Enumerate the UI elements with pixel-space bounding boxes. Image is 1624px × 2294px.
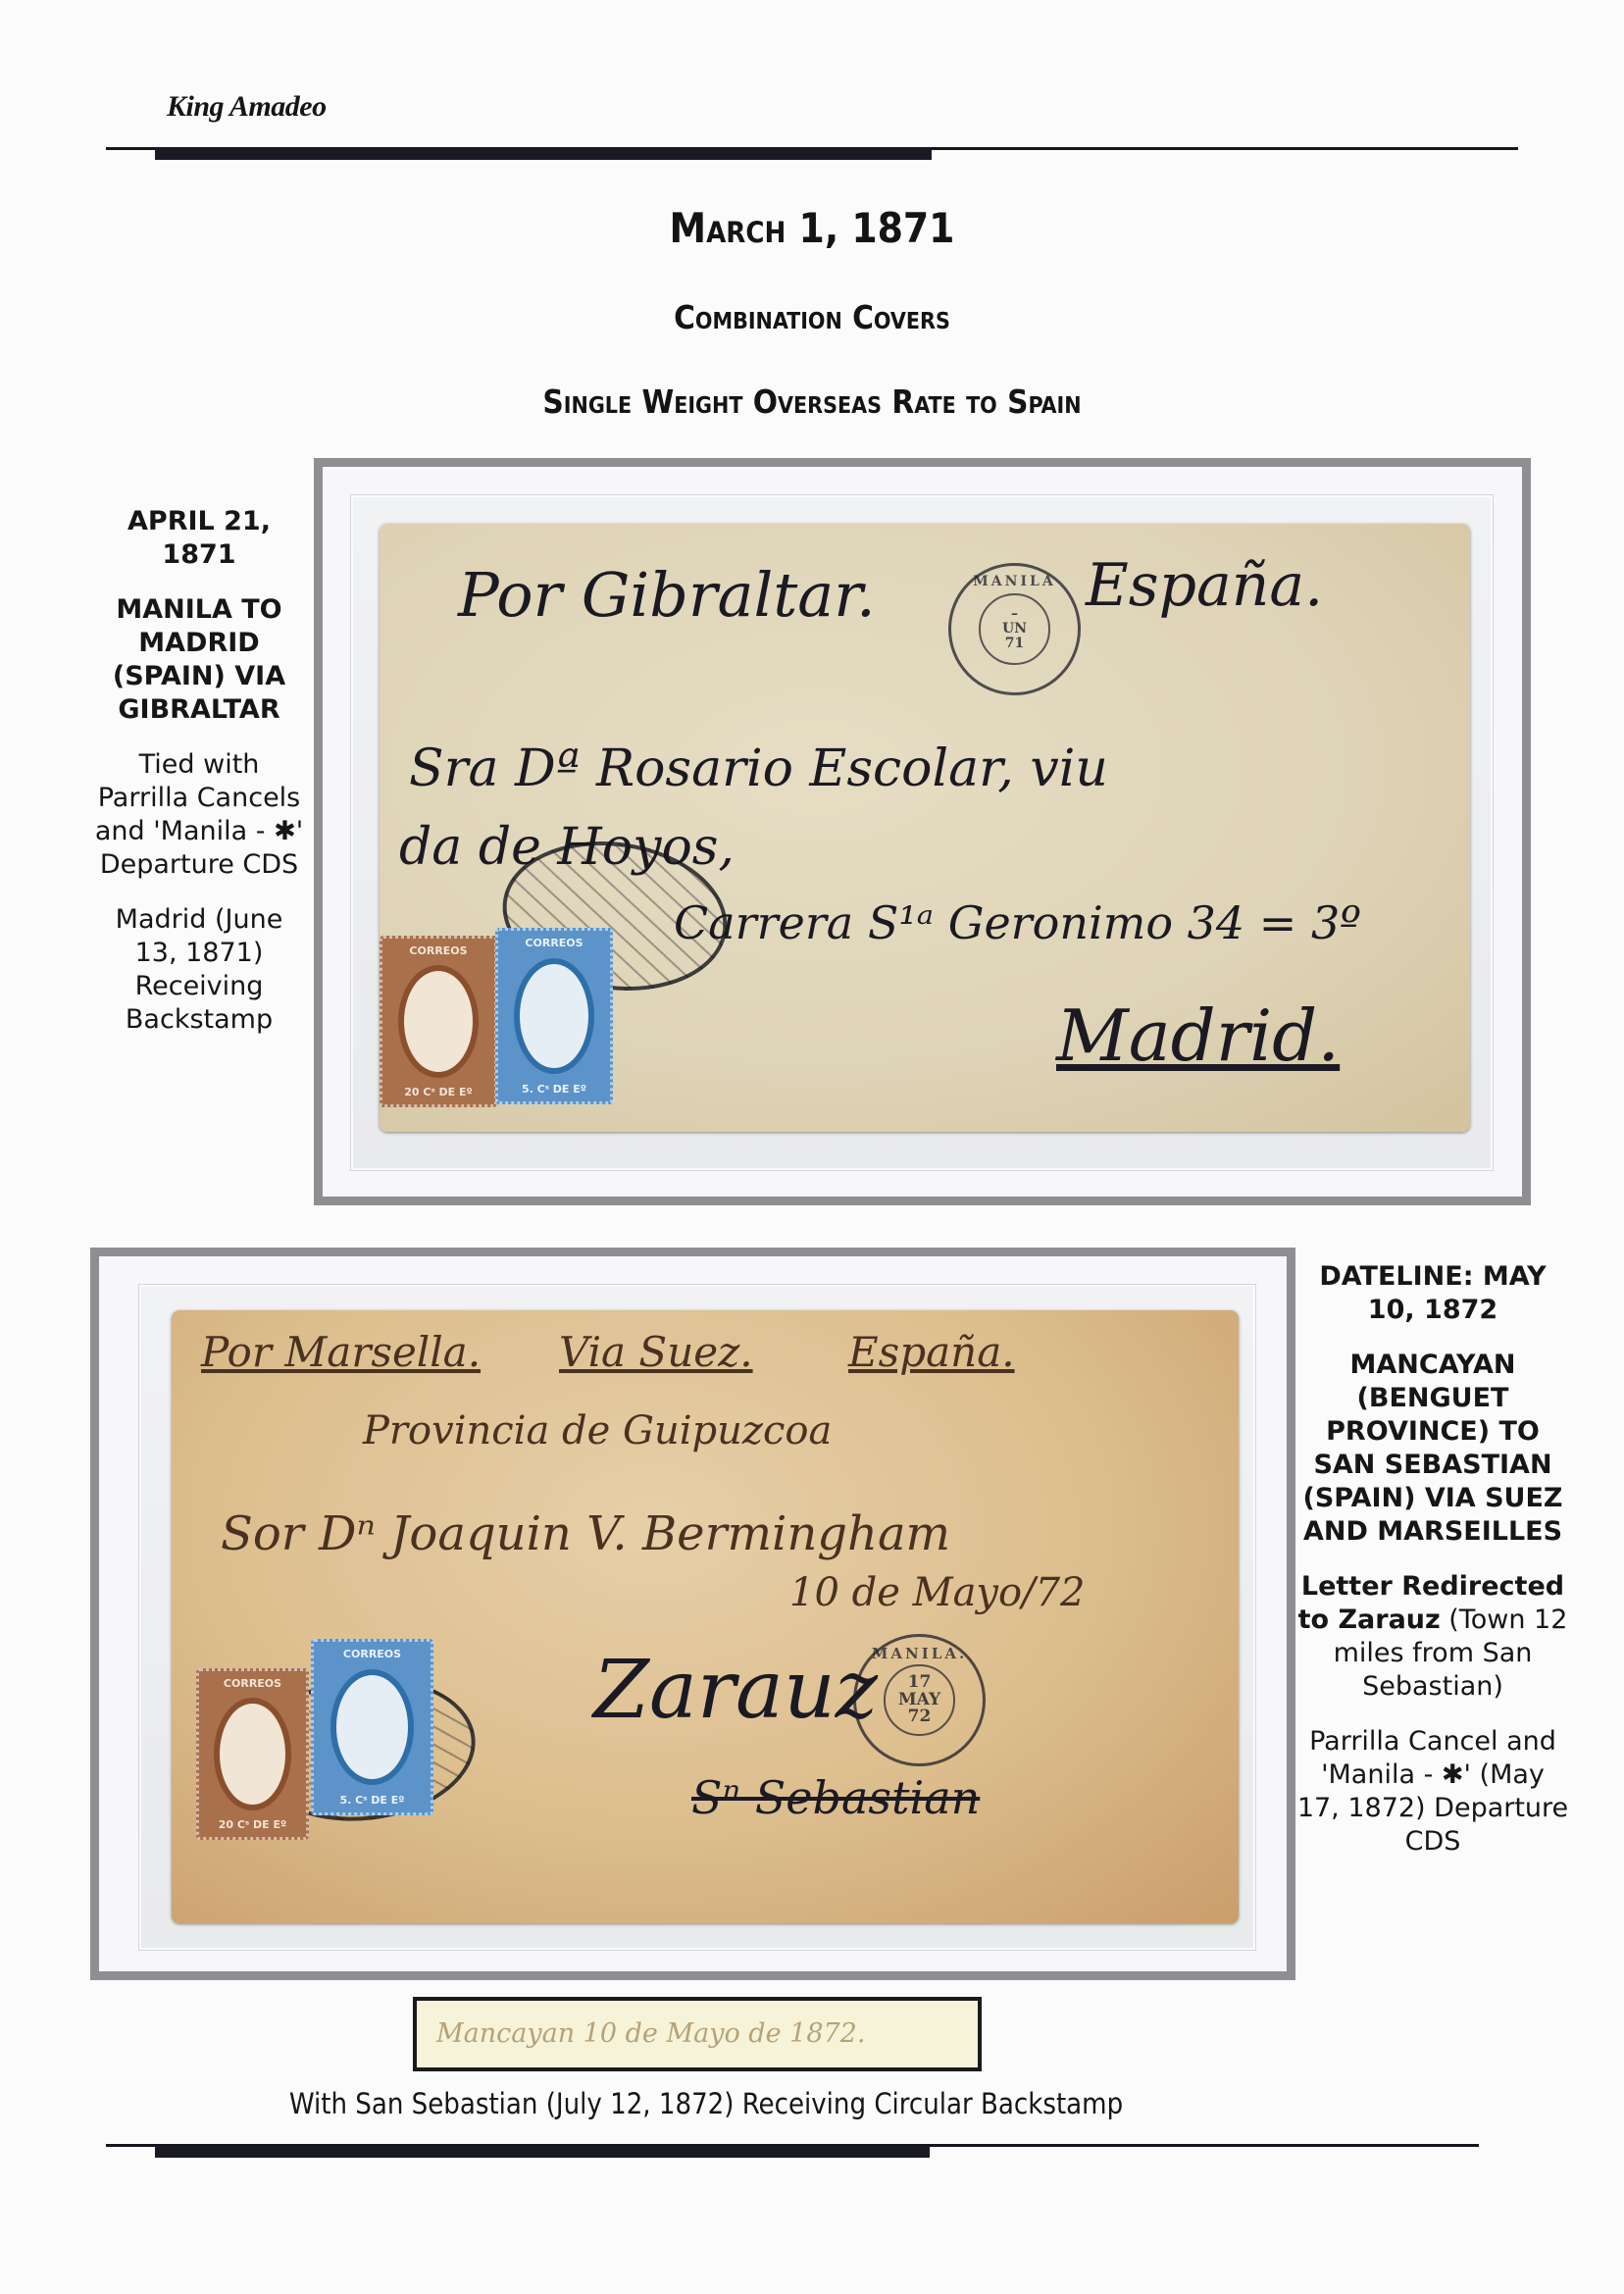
cover-1-date: APRIL 21, 1871 — [90, 505, 308, 572]
cover-1-manila-cds-postmark: MANILA – UN 71 — [948, 563, 1081, 695]
cover-2-redirect-zarauz: Zarauz — [593, 1644, 878, 1737]
cover-1-country-text: España. — [1086, 551, 1323, 620]
cover-2-addressee-text: Sor Dⁿ Joaquin V. Bermingham — [221, 1506, 950, 1561]
cover-2-routing-marseilles: Por Marsella. — [201, 1328, 481, 1376]
section-subtitle: Combination Covers — [0, 298, 1624, 336]
cover-2-date-text: 10 de Mayo/72 — [789, 1570, 1085, 1615]
cover-2-routing-suez: Via Suez. — [559, 1328, 753, 1376]
running-title: King Amadeo — [167, 90, 327, 124]
cover-1-address-line-3: Carrera S¹ᵃ Geronimo 34 = 3º — [674, 896, 1361, 949]
rate-heading: Single Weight Overseas Rate to Spain — [0, 382, 1624, 421]
cover-1-route: MANILA TO MADRID (SPAIN) VIA GIBRALTAR — [90, 593, 308, 727]
cover-2-route: MANCAYAN (BENGUET PROVINCE) TO SAN SEBAS… — [1296, 1349, 1569, 1549]
dateline-handwriting: Mancayan 10 de Mayo de 1872. — [436, 2018, 865, 2049]
cover-1-address-line-1: Sra Dª Rosario Escolar, viu — [409, 739, 1108, 798]
cover-1-envelope: Por Gibraltar. España. Sra Dª Rosario Es… — [380, 524, 1470, 1132]
cover-2-mount: Por Marsella. Via Suez. España. Provinci… — [90, 1248, 1295, 1980]
cover-2-stamp-20c-brown: CORREOS 20 Cˢ DE Eº — [196, 1668, 309, 1840]
cover-2-dateline: DATELINE: MAY 10, 1872 — [1296, 1260, 1569, 1327]
cover-2-province-text: Provincia de Guipuzcoa — [363, 1408, 832, 1453]
header-rule-thick — [155, 148, 932, 160]
cover-1-caption: APRIL 21, 1871 MANILA TO MADRID (SPAIN) … — [90, 505, 308, 1058]
cover-2-struck-destination: Sⁿ Sebastian — [691, 1771, 980, 1824]
cover-2-country-text: España. — [848, 1328, 1015, 1376]
cover-1-note-cancels: Tied with Parrilla Cancels and 'Manila -… — [90, 748, 308, 882]
cover-1-mount: Por Gibraltar. España. Sra Dª Rosario Es… — [314, 458, 1531, 1205]
cover-2-stamp-5c-blue: CORREOS 5. Cˢ DE Eº — [311, 1639, 433, 1815]
dateline-inset-image: Mancayan 10 de Mayo de 1872. — [413, 1997, 982, 2071]
cover-1-routing-text: Por Gibraltar. — [458, 559, 876, 631]
footer-rule-thick — [155, 2146, 930, 2158]
cover-1-stamp-20c-brown: CORREOS 20 Cˢ DE Eº — [380, 936, 497, 1107]
cover-2-manila-cds-postmark: MANILA. 17 MAY 72 — [853, 1634, 986, 1766]
cover-1-note-backstamp: Madrid (June 13, 1871) Receiving Backsta… — [90, 903, 308, 1037]
cover-1-stamp-5c-blue: CORREOS 5. Cˢ DE Eº — [495, 928, 613, 1104]
cover-2-note-cancel: Parrilla Cancel and 'Manila - ✱' (May 17… — [1296, 1725, 1569, 1859]
cover-1-city-text: Madrid. — [1056, 994, 1340, 1077]
page-title: March 1, 1871 — [0, 204, 1624, 252]
cover-2-note-redirect: Letter Redirected to Zarauz (Town 12 mil… — [1296, 1570, 1569, 1704]
backstamp-caption: With San Sebastian (July 12, 1872) Recei… — [0, 2087, 1412, 2120]
cover-2-caption: DATELINE: MAY 10, 1872 MANCAYAN (BENGUET… — [1296, 1260, 1569, 1880]
cover-2-envelope: Por Marsella. Via Suez. España. Provinci… — [172, 1310, 1239, 1923]
